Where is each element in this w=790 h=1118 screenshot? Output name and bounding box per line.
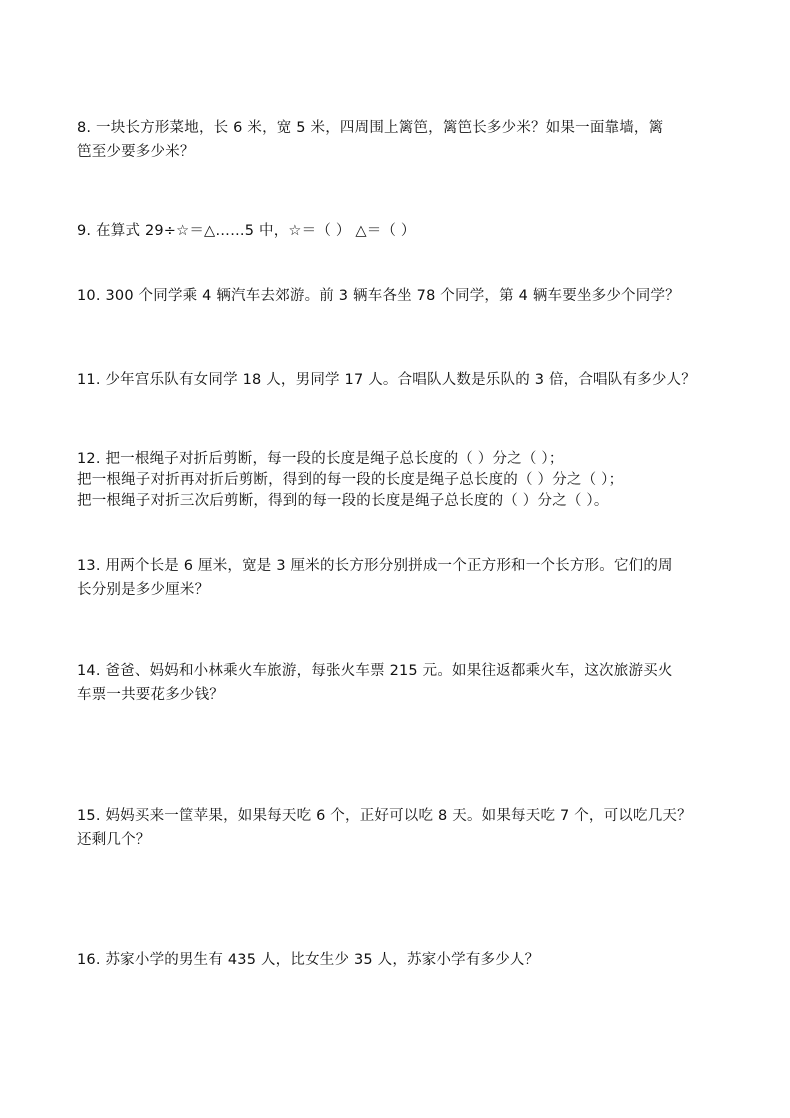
question-13: 13. 用两个长是 6 厘米，宽是 3 厘米的长方形分别拼成一个正方形和一个长方… xyxy=(77,554,717,602)
question-16: 16. 苏家小学的男生有 435 人，比女生少 35 人，苏家小学有多少人？ xyxy=(77,948,717,972)
question-12-line-3: 把一根绳子对折三次后剪断，得到的每一段的长度是绳子总长度的（ ）分之（ ）。 xyxy=(77,491,717,512)
question-13-line-2: 长分别是多少厘米？ xyxy=(77,578,717,602)
question-9: 9. 在算式 29÷☆＝△……5 中，☆＝（ ） △＝（ ） xyxy=(77,219,717,243)
question-15-line-2: 还剩几个？ xyxy=(77,828,717,852)
question-15: 15. 妈妈买来一筐苹果，如果每天吃 6 个，正好可以吃 8 天。如果每天吃 7… xyxy=(77,804,717,852)
question-14: 14. 爸爸、妈妈和小林乘火车旅游，每张火车票 215 元。如果往返都乘火车，这… xyxy=(77,659,717,707)
question-10: 10. 300 个同学乘 4 辆汽车去郊游。前 3 辆车各坐 78 个同学，第 … xyxy=(77,284,717,308)
question-10-line-1: 10. 300 个同学乘 4 辆汽车去郊游。前 3 辆车各坐 78 个同学，第 … xyxy=(77,284,717,308)
question-11: 11. 少年宫乐队有女同学 18 人，男同学 17 人。合唱队人数是乐队的 3 … xyxy=(77,368,717,392)
question-12-line-2: 把一根绳子对折再对折后剪断，得到的每一段的长度是绳子总长度的（ ）分之（ ）； xyxy=(77,470,717,491)
question-14-line-1: 14. 爸爸、妈妈和小林乘火车旅游，每张火车票 215 元。如果往返都乘火车，这… xyxy=(77,659,717,683)
question-15-line-1: 15. 妈妈买来一筐苹果，如果每天吃 6 个，正好可以吃 8 天。如果每天吃 7… xyxy=(77,804,717,828)
question-12: 12. 把一根绳子对折后剪断，每一段的长度是绳子总长度的（ ）分之（ ）； 把一… xyxy=(77,449,717,512)
question-8: 8. 一块长方形菜地，长 6 米，宽 5 米，四周围上篱笆，篱笆长多少米？如果一… xyxy=(77,116,717,164)
question-16-line-1: 16. 苏家小学的男生有 435 人，比女生少 35 人，苏家小学有多少人？ xyxy=(77,948,717,972)
question-13-line-1: 13. 用两个长是 6 厘米，宽是 3 厘米的长方形分别拼成一个正方形和一个长方… xyxy=(77,554,717,578)
question-14-line-2: 车票一共要花多少钱？ xyxy=(77,683,717,707)
question-9-line-1: 9. 在算式 29÷☆＝△……5 中，☆＝（ ） △＝（ ） xyxy=(77,219,717,243)
question-8-line-1: 8. 一块长方形菜地，长 6 米，宽 5 米，四周围上篱笆，篱笆长多少米？如果一… xyxy=(77,116,717,140)
question-11-line-1: 11. 少年宫乐队有女同学 18 人，男同学 17 人。合唱队人数是乐队的 3 … xyxy=(77,368,717,392)
question-12-line-1: 12. 把一根绳子对折后剪断，每一段的长度是绳子总长度的（ ）分之（ ）； xyxy=(77,449,717,470)
question-8-line-2: 笆至少要多少米？ xyxy=(77,140,717,164)
